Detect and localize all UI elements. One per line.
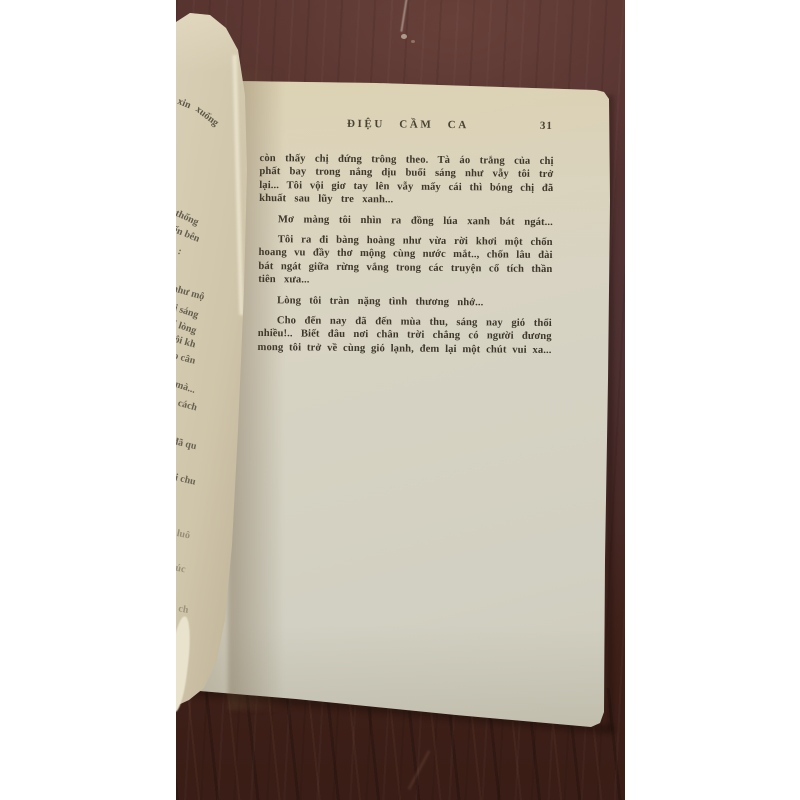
left-page-fragment: o ch xyxy=(176,602,189,616)
wood-scratch-dot-small xyxy=(411,40,415,43)
text-line: Mơ màng tôi nhìn ra đồng lúa xanh bát ng… xyxy=(259,213,553,229)
left-page-fragment: đến bên xyxy=(176,222,201,245)
left-page-fragment: áo cân xyxy=(176,349,197,367)
wood-scratch-dot xyxy=(401,34,407,39)
running-title: ĐIỆU CẦM CA xyxy=(260,117,554,132)
paragraph: Cho đến nay đã đến mùa thu, sáng nay gió… xyxy=(258,314,552,357)
text-line: Lòng tôi tràn nặng tình thương nhớ... xyxy=(258,294,552,310)
page-header: ĐIỆU CẦM CA 31 xyxy=(260,117,554,134)
body-text: còn thấy chị đứng trông theo. Tà áo trắn… xyxy=(258,152,554,357)
left-page-fragment: bi sáng xyxy=(176,301,200,321)
left-page-fragment: luô xyxy=(176,528,191,542)
left-page-fragment: : xyxy=(176,246,183,257)
left-page-fragment: mà... xyxy=(176,379,197,396)
paragraph: còn thấy chị đứng trông theo. Tà áo trắn… xyxy=(259,152,554,209)
photo-canvas: ĐIỆU CẦM CA 31 còn thấy chị đứng trông t… xyxy=(0,0,800,800)
paragraph: Tôi ra đi bàng hoàng như vừa rời khơi mộ… xyxy=(258,233,553,290)
left-page-edge-highlight xyxy=(233,55,244,315)
left-page-fragment: xuống xyxy=(193,104,220,129)
left-page-fragment: đã qu xyxy=(176,436,198,452)
left-page-fragment: ời chu xyxy=(176,471,197,488)
text-line: tiên xưa... xyxy=(258,273,552,289)
left-page-fragment: ột cách xyxy=(176,395,198,413)
text-line: khuất sau lũy tre xanh... xyxy=(259,192,553,208)
paragraph: Mơ màng tôi nhìn ra đồng lúa xanh bát ng… xyxy=(259,213,553,229)
paragraph: Lòng tôi tràn nặng tình thương nhớ... xyxy=(258,294,552,310)
left-page-fragment: xin xyxy=(176,96,192,111)
book-photo: ĐIỆU CẦM CA 31 còn thấy chị đứng trông t… xyxy=(176,0,625,800)
page-number: 31 xyxy=(540,120,553,132)
left-page-fragment: như mộ xyxy=(176,283,206,303)
left-page-fragment: lúc xyxy=(176,562,187,575)
page-text-block: ĐIỆU CẦM CA 31 còn thấy chị đứng trông t… xyxy=(258,117,554,357)
